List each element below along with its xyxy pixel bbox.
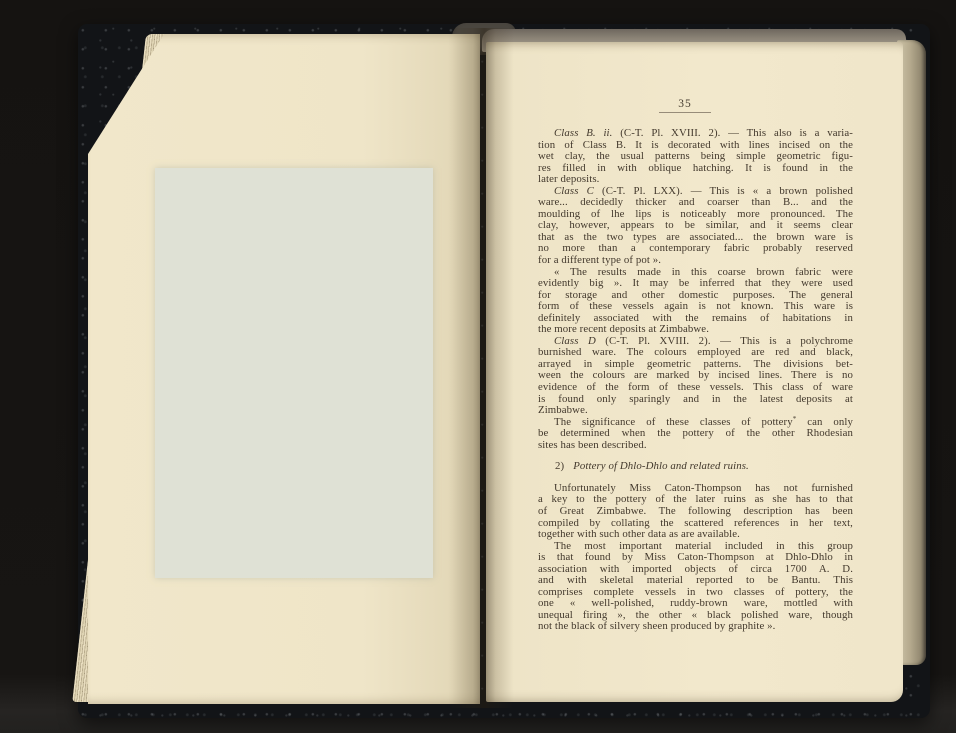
paragraph: Class D (C-T. Pl. XVIII. 2). — This is a… <box>538 336 853 417</box>
text-block: Class B. ii. (C-T. Pl. XVIII. 2). — This… <box>538 128 853 633</box>
paragraph: Unfortunately Miss Caton-Thompson has no… <box>538 483 853 541</box>
text-line: 2)Pottery of Dhlo-Dhlo and related ruins… <box>555 461 853 473</box>
text-line: sites has been described. <box>538 440 853 452</box>
paragraph: « The results made in this coarse brown … <box>538 267 853 336</box>
section-heading: 2)Pottery of Dhlo-Dhlo and related ruins… <box>555 461 853 473</box>
paragraph: The significance of these classes of pot… <box>538 417 853 452</box>
photo-background: 35 Class B. ii. (C-T. Pl. XVIII. 2). — T… <box>0 0 956 733</box>
right-page: 35 Class B. ii. (C-T. Pl. XVIII. 2). — T… <box>486 42 903 702</box>
plate-verso-area <box>155 168 433 578</box>
page-number-rule <box>659 112 711 113</box>
paragraph: Class C (C-T. Pl. LXX). — This is « a br… <box>538 186 853 267</box>
paragraph: Class B. ii. (C-T. Pl. XVIII. 2). — This… <box>538 128 853 186</box>
page-number-block: 35 <box>538 98 832 113</box>
paragraph: The most important material included in … <box>538 541 853 633</box>
page-number: 35 <box>538 98 832 110</box>
left-page <box>88 34 480 704</box>
text-line: not the black of silvery sheen produced … <box>538 621 853 633</box>
